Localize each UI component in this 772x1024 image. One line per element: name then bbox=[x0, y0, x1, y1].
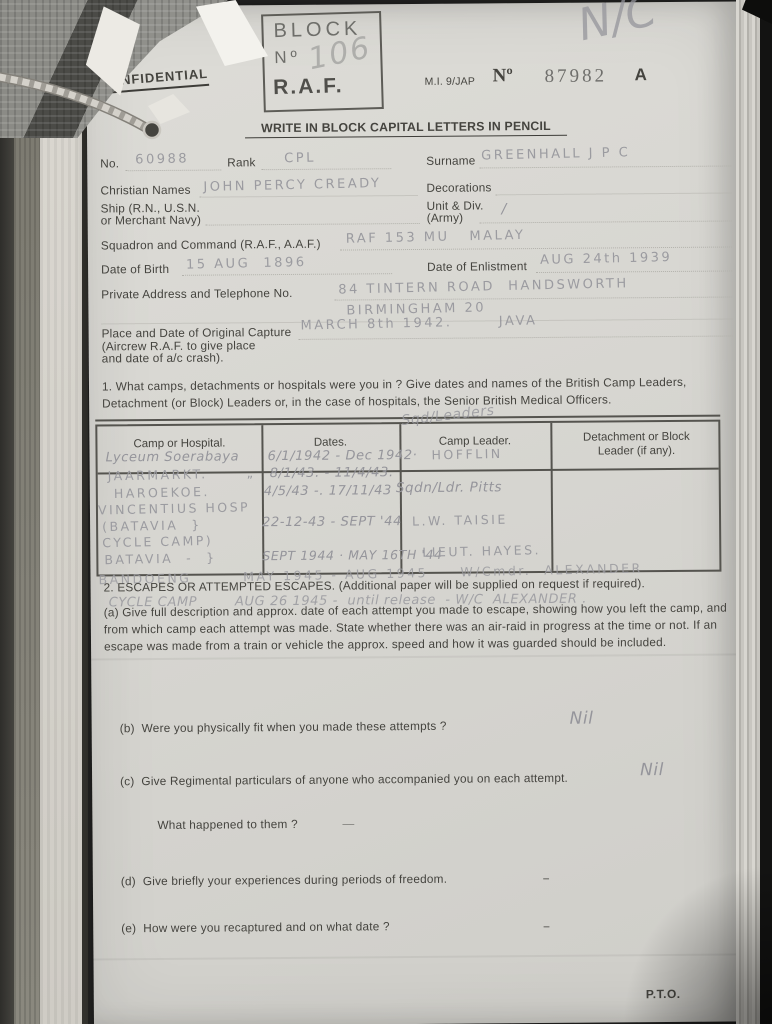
camp-row-2-camp: JAARMARKT. „ bbox=[108, 465, 256, 483]
table-header-detachment-line2: Leader (if any). bbox=[550, 444, 722, 460]
field-underline bbox=[536, 270, 732, 273]
question-2c-answer: Nil bbox=[640, 760, 664, 780]
pto-footer: P.T.O. bbox=[646, 987, 681, 1001]
capture-label-line3: and date of a/c crash). bbox=[102, 350, 224, 365]
page-stack-edges bbox=[736, 0, 762, 1024]
field-underline bbox=[261, 168, 391, 170]
paper-crease bbox=[93, 953, 745, 960]
question-2b-text: (b) Were you physically fit when you mad… bbox=[120, 719, 447, 736]
what-happened-answer: — bbox=[342, 816, 354, 830]
block-capitals-instruction: WRITE IN BLOCK CAPITAL LETTERS IN PENCIL bbox=[245, 119, 567, 139]
camp-row-5-camp-line1: CYCLE CAMP) bbox=[102, 533, 213, 550]
squadron-value: RAF 153 MU MALAY bbox=[346, 228, 526, 247]
field-underline bbox=[495, 192, 731, 195]
camp-row-1-camp: Lyceum Soerabaya bbox=[105, 449, 239, 465]
question-2a-text: (a) Give full description and approx. da… bbox=[104, 599, 738, 655]
serial-number: 87982 bbox=[544, 65, 607, 87]
unit-div-label-line2: (Army) bbox=[427, 211, 464, 225]
question-2c-text: (c) Give Regimental particulars of anyon… bbox=[120, 771, 568, 789]
camp-row-1-leader: HOFFLIN bbox=[431, 446, 502, 463]
date-of-birth-label: Date of Birth bbox=[101, 262, 169, 277]
rank-label: Rank bbox=[227, 155, 255, 169]
binding-string bbox=[0, 50, 230, 220]
question-1-text: 1. What camps, detachments or hospitals … bbox=[102, 374, 730, 413]
background-right-edge bbox=[760, 0, 772, 1024]
surname-value: GREENHALL J P C bbox=[481, 145, 630, 163]
question-2d-text: (d) Give briefly your experiences during… bbox=[121, 872, 447, 889]
field-underline bbox=[480, 220, 732, 223]
question-2e-answer: – bbox=[543, 919, 550, 933]
address-value-line1: 84 TINTERN ROAD HANDSWORTH bbox=[338, 276, 629, 297]
field-underline bbox=[299, 335, 733, 339]
camp-row-4-camp-line2: (BATAVIA } bbox=[102, 517, 202, 534]
camp-row-5-dates: SEPT 1944 · MAY 16TH '44 bbox=[262, 547, 442, 563]
enlistment-label: Date of Enlistment bbox=[427, 259, 527, 274]
field-underline bbox=[182, 273, 392, 276]
mi9-label: M.I. 9/JAP bbox=[425, 76, 476, 88]
enlistment-value: AUG 24th 1939 bbox=[540, 250, 673, 268]
question-2b-answer: Nil bbox=[570, 709, 594, 729]
stamp-raf-word: R.A.F. bbox=[273, 74, 344, 100]
squadron-label: Squadron and Command (R.A.F., A.A.F.) bbox=[101, 237, 321, 253]
date-of-birth-value: 15 AUG 1896 bbox=[186, 255, 307, 273]
field-underline bbox=[200, 195, 418, 198]
series-letter: A bbox=[634, 65, 647, 85]
unit-div-value: / bbox=[502, 201, 507, 217]
block-number-stamp: BLOCK Nº 106 R.A.F. bbox=[261, 11, 384, 112]
serial-no-sign: Nº bbox=[492, 65, 513, 87]
camp-row-3-camp: HAROEKOE. bbox=[114, 484, 210, 501]
camp-row-5-camp-line2: BATAVIA - } bbox=[104, 550, 217, 567]
address-label: Private Address and Telephone No. bbox=[101, 286, 292, 302]
what-happened-text: What happened to them ? bbox=[157, 817, 297, 832]
corner-pencil-mark: N/C bbox=[574, 0, 662, 51]
question-2-heading: 2. ESCAPES OR ATTEMPTED ESCAPES. (Additi… bbox=[104, 574, 736, 596]
camp-row-4-dates: 22-12-43 - SEPT '44 bbox=[262, 514, 402, 530]
camp-row-4-leader: L.W. TAISIE bbox=[412, 512, 508, 529]
camp-row-1-dates: 6/1/1942 - Dec 1942· bbox=[267, 448, 417, 464]
christian-names-value: JOHN PERCY CREADY bbox=[203, 176, 381, 195]
camp-row-2-dates: 8/1/43. - 11/4/43. bbox=[270, 465, 394, 481]
question-2e-text: (e) How were you recaptured and on what … bbox=[121, 919, 390, 935]
field-underline bbox=[340, 246, 732, 250]
scanned-document: CONFIDENTIAL BLOCK Nº 106 R.A.F. M.I. 9/… bbox=[0, 0, 772, 1024]
rank-value: CPL bbox=[284, 151, 316, 167]
field-underline bbox=[479, 165, 731, 168]
capture-value: MARCH 8th 1942. JAVA bbox=[300, 313, 537, 333]
field-underline bbox=[206, 223, 420, 226]
camp-row-3-dates: 4/5/43 -. 17/11/43 bbox=[264, 483, 392, 499]
surname-label: Surname bbox=[426, 154, 475, 168]
camp-row-3-leader: Sqdn/Ldr. Pitts bbox=[396, 479, 502, 496]
question-2d-answer: – bbox=[543, 871, 550, 885]
camp-row-5-leader: LIEUT. HAYES. bbox=[422, 542, 541, 560]
stamp-no-word: Nº bbox=[274, 47, 301, 68]
decorations-label: Decorations bbox=[426, 180, 491, 195]
field-underline bbox=[334, 296, 732, 300]
